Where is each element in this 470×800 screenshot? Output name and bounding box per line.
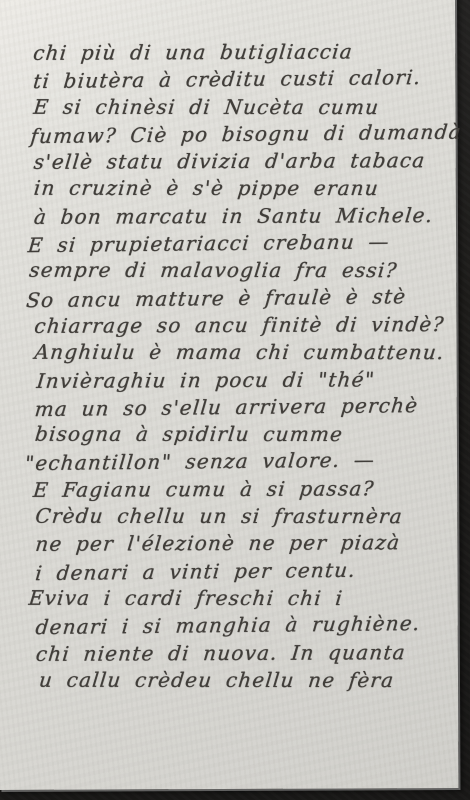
manuscript-line: ti biutèra à crèditu custi calori. bbox=[32, 64, 447, 96]
manuscript-line: Eviva i cardi freschi chi i bbox=[27, 585, 449, 613]
manuscript-line: ne per l'élezionè ne per piazà bbox=[34, 529, 449, 558]
manuscript-line: Invièraghiu in pocu di "thé" bbox=[35, 366, 448, 395]
manuscript-line: E Fagianu cumu à si passa? bbox=[32, 475, 449, 504]
manuscript-line: Crèdu chellu un si frasturnèra bbox=[34, 503, 449, 531]
manuscript-line: E si chinèsi di Nucèta cumu bbox=[32, 93, 447, 121]
manuscript-line: E si prupietariacci crebanu — bbox=[27, 228, 448, 260]
manuscript-line: à bon marcatu in Santu Michele. bbox=[33, 202, 448, 231]
photo-background: chi più di una butigliaccia ti biutèra à… bbox=[0, 0, 470, 800]
manuscript-line: ma un so s'ellu arrivera perchè bbox=[33, 392, 448, 424]
manuscript-line: So ancu matture è fraulè è stè bbox=[25, 282, 448, 314]
manuscript-text: chi più di una butigliaccia ti biutèra à… bbox=[33, 38, 448, 695]
manuscript-line: bisogna à spidirlu cumme bbox=[34, 421, 449, 449]
manuscript-line: chi più di una butigliaccia bbox=[32, 38, 447, 67]
manuscript-line: chiarrage so ancu finitè di vindè? bbox=[33, 311, 448, 340]
manuscript-line: s'ellè statu divizia d'arba tabaca bbox=[32, 147, 447, 176]
letter-paper: chi più di una butigliaccia ti biutèra à… bbox=[0, 0, 458, 790]
manuscript-line: u callu crèdeu chellu ne fèra bbox=[38, 667, 450, 695]
manuscript-line: denari i si manghia à rughiène. bbox=[34, 610, 449, 642]
manuscript-line: chi niente di nuova. In quanta bbox=[34, 639, 449, 668]
manuscript-line: i denari a vinti per centu. bbox=[34, 555, 449, 587]
manuscript-line: "echantillon" senza valore. — bbox=[24, 446, 449, 478]
manuscript-line: sempre di malavoglia fra essi? bbox=[28, 257, 448, 285]
manuscript-line: in cruzinè è s'è pippe eranu bbox=[33, 175, 448, 203]
manuscript-line: fumaw? Ciè po bisognu di dumandà bbox=[29, 119, 447, 151]
manuscript-line: Anghiulu è mama chi cumbattenu. bbox=[33, 339, 448, 367]
